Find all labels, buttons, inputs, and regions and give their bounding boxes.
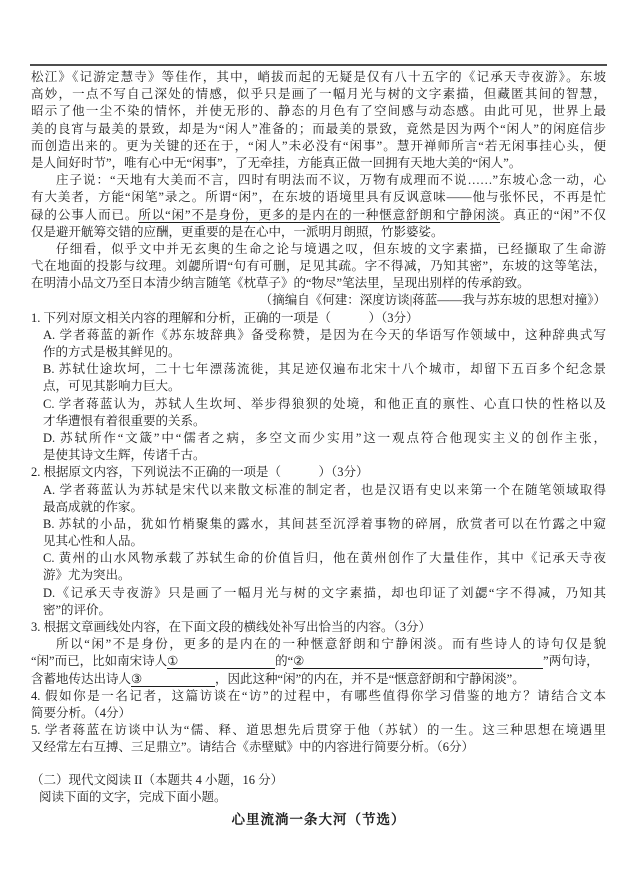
question-1-option-a: A. 学者蒋蓝的新作《苏东坡辞典》备受称赞，是因为在今天的华语写作领域中，这种辞… [31,327,606,344]
question-3-fill-line-1: “闲”而已，比如南宋诗人①的“②”两句诗， [31,653,606,670]
passage-text: 。真正的“闲”不仅 [500,208,606,222]
fill-blank-3: ③ [131,672,215,687]
question-2-option-a: A. 学者蒋蓝认为苏轼是宋代以来散文标准的制定者，也是汉语有史以来第一个在随笔领… [31,482,606,499]
question-5-stem-cont: 又经常左右互搏、三足鼎立”。请结合《赤壁赋》中的内容进行简要分析。（6分） [31,739,606,756]
question-3-passage-line: 所以“闲”不是身份，更多的是内在的一种惬意舒朗和宁静闲淡。而有些诗人的诗句仅是貌 [31,636,606,653]
underlined-key-sentence: 所以“闲”不是身份，更多的是内在的一种惬意舒朗和宁静闲淡 [138,208,500,222]
question-1-option-d-cont: 是使其诗文生辉，传诸千古。 [31,447,606,464]
passage-line: 松江》《记游定慧寺》等佳作，其中，峭拔而起的无疑是仅有八十五字的《记承天寺夜游》… [31,69,606,86]
question-2-option-d-cont: 密”的评价。 [31,602,606,619]
question-2-option-b: B. 苏轼的小品，犹如竹梢聚集的露水，其间甚至沉浮着事物的碎屑，欣赏者可以在竹露… [31,516,606,533]
passage-line: 是人间好时节”，唯有心中无“闲事”，了无牵挂，方能真正做一回拥有天地大美的“闲人… [31,155,606,172]
question-3-text: 的“ [275,654,293,668]
question-2-option-a-cont: 最高成就的作家。 [31,499,606,516]
question-3-text: ，因此这种“闲”的内在，并不是“惬意舒朗和宁静闲淡”。 [215,672,525,686]
passage-line: 在明清小品文乃至日本清少纳言随笔《枕草子》的“物尽”笔法里，呈现出别样的传承韵致… [31,275,606,292]
passage-line: 弋在地面的投影与纹理。刘勰所谓“句有可删，足见其疏。字不得减，乃知其密”，东坡的… [31,258,606,275]
passage-attribution: （摘编自《何建：深度访谈|蒋蓝——我与苏东坡的思想对撞》） [31,292,606,309]
question-1-option-c-cont: 才华遭恨有着很重要的关系。 [31,413,606,430]
question-4-stem-cont: 简要分析。（4分） [31,705,606,722]
question-2-option-c: C. 黄州的山水风物承载了苏轼生命的价值旨归，他在黄州创作了大量佳作，其中《记承… [31,550,606,567]
passage-line-with-underline: 碌的公事人而已。所以“闲”不是身份，更多的是内在的一种惬意舒朗和宁静闲淡。真正的… [31,207,606,224]
question-4-stem: 4. 假如你是一名记者，这篇访谈在“访”的过程中，有哪些值得你学习借鉴的地方？请… [31,688,606,705]
question-3-stem: 3. 根据文章画线处内容，在下面文段的横线处补写出恰当的内容。（3分） [31,619,606,636]
section-2-instruction: 阅读下面的文字，完成下面小题。 [31,789,606,806]
question-3-text: ”两句诗， [543,654,599,668]
question-2-stem: 2. 根据原文内容，下列说法不正确的一项是（ ）（3分） [31,464,606,481]
exam-page-content: 松江》《记游定慧寺》等佳作，其中，峭拔而起的无疑是仅有八十五字的《记承天寺夜游》… [31,69,606,828]
question-1-option-b: B. 苏轼仕途坎坷，二十七年漂荡流徙，其足迹仅遍布北宋十八个城市，却留下五百多个… [31,361,606,378]
section-2-heading: （二）现代文阅读 II（本题共 4 小题，16 分） [31,772,606,789]
section-gap [31,757,606,772]
passage-line: 仅是避开觥筹交错的应酬，更重要的是在心中，一派明月朗照，竹影婆娑。 [31,224,606,241]
passage-line: 仔细看，似乎文中并无玄奥的生命之论与境遇之叹，但东坡的文字素描，已经撷取了生命游 [31,241,606,258]
question-2-option-d: D.《记承天寺夜游》只是画了一幅月光与树的文字素描，却也印证了刘勰“字不得减，乃… [31,585,606,602]
question-1-option-a-cont: 作的方式是极其鲜见的。 [31,344,606,361]
question-3-text: 含蓄地传达出诗人 [31,672,131,686]
question-3-text: “闲”而已，比如南宋诗人 [31,654,167,668]
page-header-rule [30,64,607,66]
fill-blank-2: ② [293,654,543,669]
passage-line: 有大美者，方能“闲笔”录之。所谓“闲”，在东坡的语境里具有反讽意味——他与张怀民… [31,189,606,206]
question-2-option-c-cont: 游》尤为突出。 [31,567,606,584]
question-1-option-b-cont: 点，可见其影响力巨大。 [31,378,606,395]
passage-line: 昭示了他一尘不染的情怀，并使无形的、静态的月色有了空间感与动态感。由此可见，世界… [31,103,606,120]
question-2-option-b-cont: 见其心性和人品。 [31,533,606,550]
passage-text: 碌的公事人而已。 [31,208,138,222]
question-3-fill-line-2: 含蓄地传达出诗人③，因此这种“闲”的内在，并不是“惬意舒朗和宁静闲淡”。 [31,671,606,688]
question-1-option-d: D. 苏轼所作“文箴”中“儒者之病，多空文而少实用”这一观点符合他现实主义的创作… [31,430,606,447]
passage-line: 高妙，一点不写自己深处的情感，似乎只是画了一幅月光与树的文字素描，但藏匿其间的智… [31,86,606,103]
passage-line: 而创造出来的。更为关键的还在于，“闲人”未必没有“闲事”。慧开禅师所言“若无闲事… [31,138,606,155]
question-1-option-c: C. 学者蒋蓝认为，苏轼人生坎坷、举步得狼狈的处境，和他正直的禀性、心直口快的性… [31,396,606,413]
passage-line: 庄子说：“天地有大美而不言，四时有明法而不议，万物有成理而不说……”东坡心念一动… [31,172,606,189]
question-5-stem: 5. 学者蒋蓝在访谈中认为“儒、释、道思想先后贯穿于他（苏轼）的一生。这三种思想… [31,722,606,739]
section-2-passage-title: 心里流淌一条大河（节选） [31,811,606,828]
fill-blank-1: ① [167,654,275,669]
question-1-stem: 1. 下列对原文相关内容的理解和分析，正确的一项是（ ）（3分） [31,310,606,327]
passage-line: 美的良宵与最美的景致，却是为“闲人”准备的；而最美的景致，竟然是因为两个“闲人”… [31,121,606,138]
